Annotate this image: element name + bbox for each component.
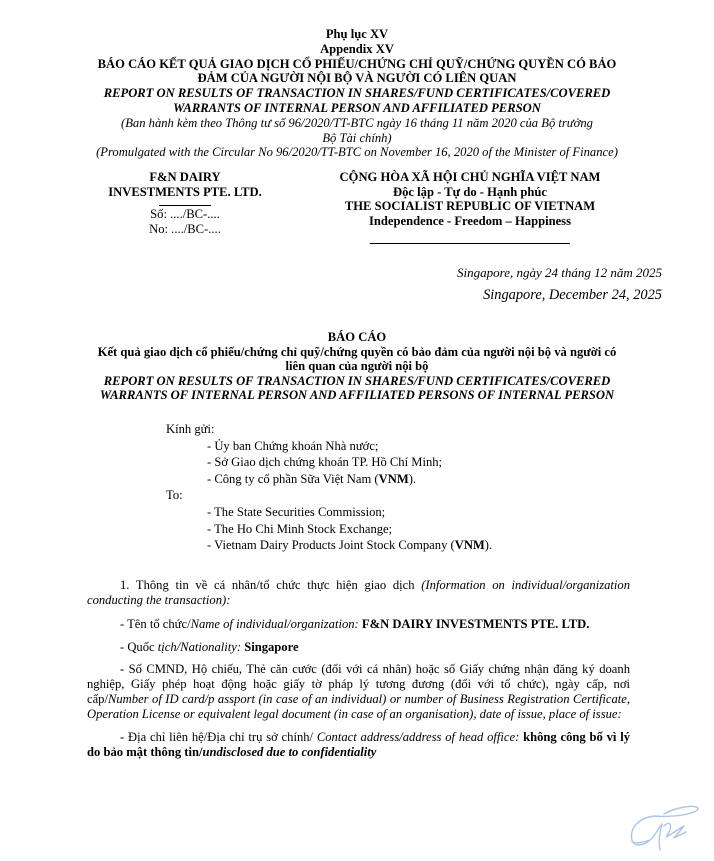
recipient-en-3-text: - Vietnam Dairy Products Joint Stock Com… — [207, 538, 455, 552]
org-name-line1: F&N DAIRY — [70, 170, 300, 185]
recipient-vi-3-end: ). — [409, 472, 416, 486]
signature-icon — [624, 792, 704, 852]
nationality-value: Singapore — [244, 640, 298, 654]
org-divider — [159, 205, 211, 206]
organization-block: F&N DAIRY INVESTMENTS PTE. LTD. Số: ....… — [70, 170, 300, 236]
nationality-field: - Quốc tịch/Nationality: Singapore — [87, 640, 630, 655]
address-value-en: undisclosed due to confidentiality — [202, 745, 376, 759]
doc-number-en: No: ..../BC-.... — [70, 222, 300, 237]
recipient-vi-3-text: - Công ty cổ phần Sữa Việt Nam ( — [207, 472, 379, 486]
document-header: Phụ lục XV Appendix XV BÁO CÁO KẾT QUẢ G… — [60, 27, 654, 160]
motto-vi: Độc lập - Tự do - Hạnh phúc — [300, 185, 640, 200]
id-label-en: Number of ID card/p assport (in case of … — [87, 692, 630, 721]
recipients-label-en: To: — [166, 487, 492, 504]
issued-note-en: (Promulgated with the Circular No 96/202… — [60, 145, 654, 160]
form-title-vi-2: ĐẢM CỦA NGƯỜI NỘI BỘ VÀ NGƯỜI CÓ LIÊN QU… — [60, 71, 654, 86]
report-subtitle-vi-2: liên quan của người nội bộ — [60, 359, 654, 374]
recipients-label-vi: Kính gửi: — [166, 421, 492, 438]
appendix-en: Appendix XV — [60, 42, 654, 57]
report-subtitle-vi-1: Kết quả giao dịch cổ phiếu/chứng chỉ quỹ… — [60, 345, 654, 360]
national-header: CỘNG HÒA XÃ HỘI CHỦ NGHĨA VIỆT NAM Độc l… — [300, 170, 640, 244]
report-subtitle-en-1: REPORT ON RESULTS OF TRANSACTION IN SHAR… — [60, 374, 654, 389]
national-divider — [370, 243, 570, 244]
issued-note-vi-2: Bộ Tài chính) — [60, 131, 654, 146]
org-name-field: - Tên tổ chức/Name of individual/organiz… — [87, 617, 630, 632]
org-name-label-vi: - Tên tổ chức/ — [120, 617, 191, 631]
address-label-en: Contact address/address of head office: — [317, 730, 519, 744]
section-1: 1. Thông tin về cá nhân/tổ chức thực hiệ… — [87, 578, 630, 760]
org-name-label-en: Name of individual/organization: — [191, 617, 359, 631]
address-label-vi: - Địa chỉ liên hệ/Địa chỉ trụ sở chính/ — [120, 730, 317, 744]
address-field: - Địa chỉ liên hệ/Địa chỉ trụ sở chính/ … — [87, 730, 630, 760]
recipients: Kính gửi: - Ủy ban Chứng khoán Nhà nước;… — [166, 421, 492, 554]
id-field: - Số CMND, Hộ chiếu, Thẻ căn cước (đối v… — [87, 662, 630, 723]
motto-en: Independence - Freedom – Happiness — [300, 214, 640, 229]
section-1-heading: 1. Thông tin về cá nhân/tổ chức thực hiệ… — [87, 578, 630, 608]
recipient-vi-3: - Công ty cổ phần Sữa Việt Nam (VNM). — [166, 471, 492, 488]
recipient-en-1: - The State Securities Commission; — [166, 504, 492, 521]
report-heading: BÁO CÁO — [60, 330, 654, 345]
form-title-en-1: REPORT ON RESULTS OF TRANSACTION IN SHAR… — [60, 86, 654, 101]
section-1-heading-vi: 1. Thông tin về cá nhân/tổ chức thực hiệ… — [120, 578, 421, 592]
appendix-vi: Phụ lục XV — [60, 27, 654, 42]
ticker-vnm: VNM — [455, 538, 485, 552]
form-title-vi-1: BÁO CÁO KẾT QUẢ GIAO DỊCH CỔ PHIẾU/CHỨNG… — [60, 57, 654, 72]
recipient-en-3-end: ). — [485, 538, 492, 552]
report-subtitle-en-2: WARRANTS OF INTERNAL PERSON AND AFFILIAT… — [60, 388, 654, 403]
country-name-vi: CỘNG HÒA XÃ HỘI CHỦ NGHĨA VIỆT NAM — [300, 170, 640, 185]
doc-number-vi: Số: ..../BC-.... — [70, 207, 300, 222]
recipient-en-2: - The Ho Chi Minh Stock Exchange; — [166, 521, 492, 538]
date-block: Singapore, ngày 24 tháng 12 năm 2025 Sin… — [457, 262, 662, 306]
date-vi: Singapore, ngày 24 tháng 12 năm 2025 — [457, 262, 662, 284]
country-name-en: THE SOCIALIST REPUBLIC OF VIETNAM — [300, 199, 640, 214]
recipient-en-3: - Vietnam Dairy Products Joint Stock Com… — [166, 537, 492, 554]
org-name-value: F&N DAIRY INVESTMENTS PTE. LTD. — [362, 617, 589, 631]
date-en: Singapore, December 24, 2025 — [457, 284, 662, 306]
report-title: BÁO CÁO Kết quả giao dịch cổ phiếu/chứng… — [60, 330, 654, 403]
recipient-vi-1: - Ủy ban Chứng khoán Nhà nước; — [166, 438, 492, 455]
nationality-label-vi: - Quốc — [120, 640, 158, 654]
org-name-line2: INVESTMENTS PTE. LTD. — [70, 185, 300, 200]
issued-note-vi-1: (Ban hành kèm theo Thông tư số 96/2020/T… — [60, 116, 654, 131]
ticker-vnm: VNM — [379, 472, 409, 486]
form-title-en-2: WARRANTS OF INTERNAL PERSON AND AFFILIAT… — [60, 101, 654, 116]
recipient-vi-2: - Sở Giao dịch chứng khoán TP. Hồ Chí Mi… — [166, 454, 492, 471]
nationality-label-en: tịch/Nationality: — [158, 640, 241, 654]
